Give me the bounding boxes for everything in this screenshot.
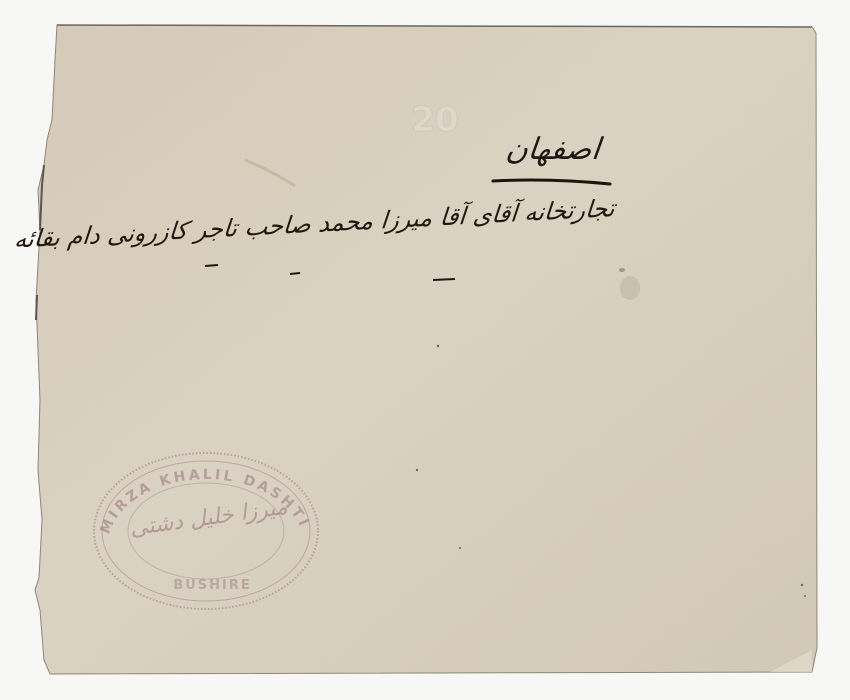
scene: MIRZA KHALIL DASHTI 20 اصفهان تجارتخانه … <box>0 0 850 700</box>
address-city: اصفهان <box>486 132 620 167</box>
seal-bottom-text: BUSHIRE <box>150 578 275 593</box>
showthrough-numeral: 20 <box>395 100 475 140</box>
